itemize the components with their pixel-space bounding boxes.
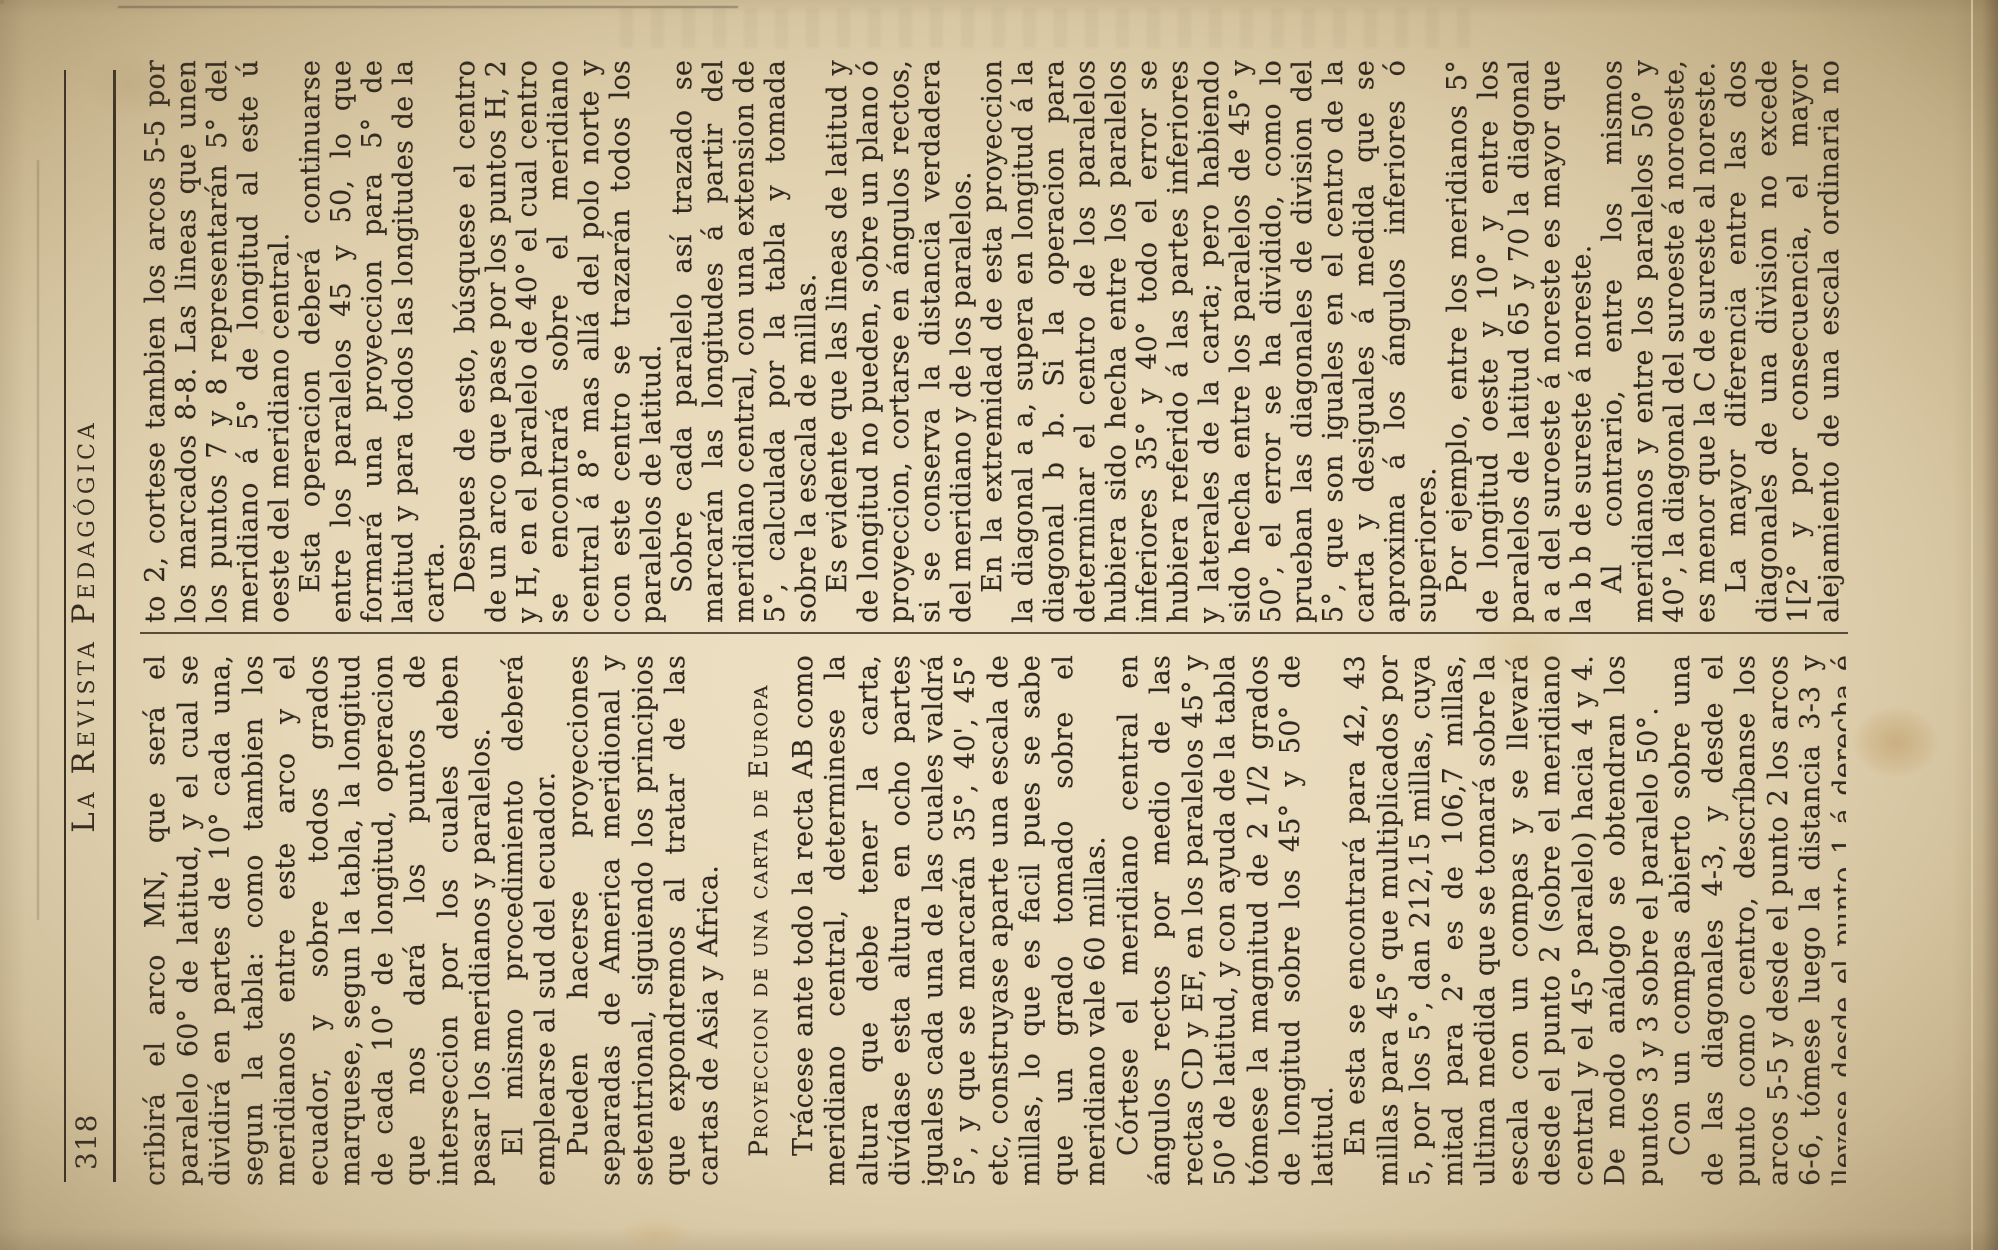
column-left: cribirá el arco MN, que será el paralelo…: [140, 655, 1846, 1186]
column-divider-rule: [140, 632, 1848, 634]
paragraph: Es evidente que las lineas de latitud y …: [822, 60, 977, 623]
scanned-journal-page: 318 La Revista Pedagógica cribirá el arc…: [0, 0, 1998, 1250]
paragraph: Con un compas abierto sobre una de las d…: [1665, 655, 1846, 1186]
paragraph: La mayor diferencia entre las dos diagon…: [1721, 60, 1846, 623]
paragraph: En la extremidad de esta proyeccion la d…: [977, 60, 1442, 623]
column-right: to 2, cortese tambien los arcos 5-5 por …: [140, 60, 1846, 623]
paragraph: Por ejemplo, entre los meridianos 5° de …: [1442, 60, 1597, 623]
paragraph: Al contrario, entre los mismos meridiano…: [1597, 60, 1721, 623]
page-portrait-rotated: 318 La Revista Pedagógica cribirá el arc…: [0, 0, 1998, 1250]
paragraph: En esta se encontrará para 42, 43 millas…: [1340, 655, 1665, 1186]
header-rule-bottom: [113, 70, 116, 1182]
section-heading: Proyeccion de una carta de Europa: [743, 655, 776, 1186]
running-head: 318 La Revista Pedagógica: [0, 0, 130, 1250]
paragraph: Pueden hacerse proyecciones separadas de…: [563, 655, 726, 1186]
paragraph: Despues de esto, búsquese el centro de u…: [450, 60, 667, 623]
paragraph: to 2, cortese tambien los arcos 5-5 por …: [140, 60, 295, 623]
paragraph: Córtese el meridiano central en ángulos …: [1113, 655, 1341, 1186]
paragraph: Esta operacion deberá continuarse entre …: [295, 60, 450, 623]
paragraph: El mismo procedimiento deberá emplearse …: [498, 655, 563, 1186]
paragraph: cribirá el arco MN, que será el paralelo…: [140, 655, 498, 1186]
paragraph: Trácese ante todo la recta AB como merid…: [788, 655, 1113, 1186]
journal-title: La Revista Pedagógica: [66, 70, 102, 1182]
paragraph: Sobre cada paralelo así trazado se marca…: [667, 60, 822, 623]
